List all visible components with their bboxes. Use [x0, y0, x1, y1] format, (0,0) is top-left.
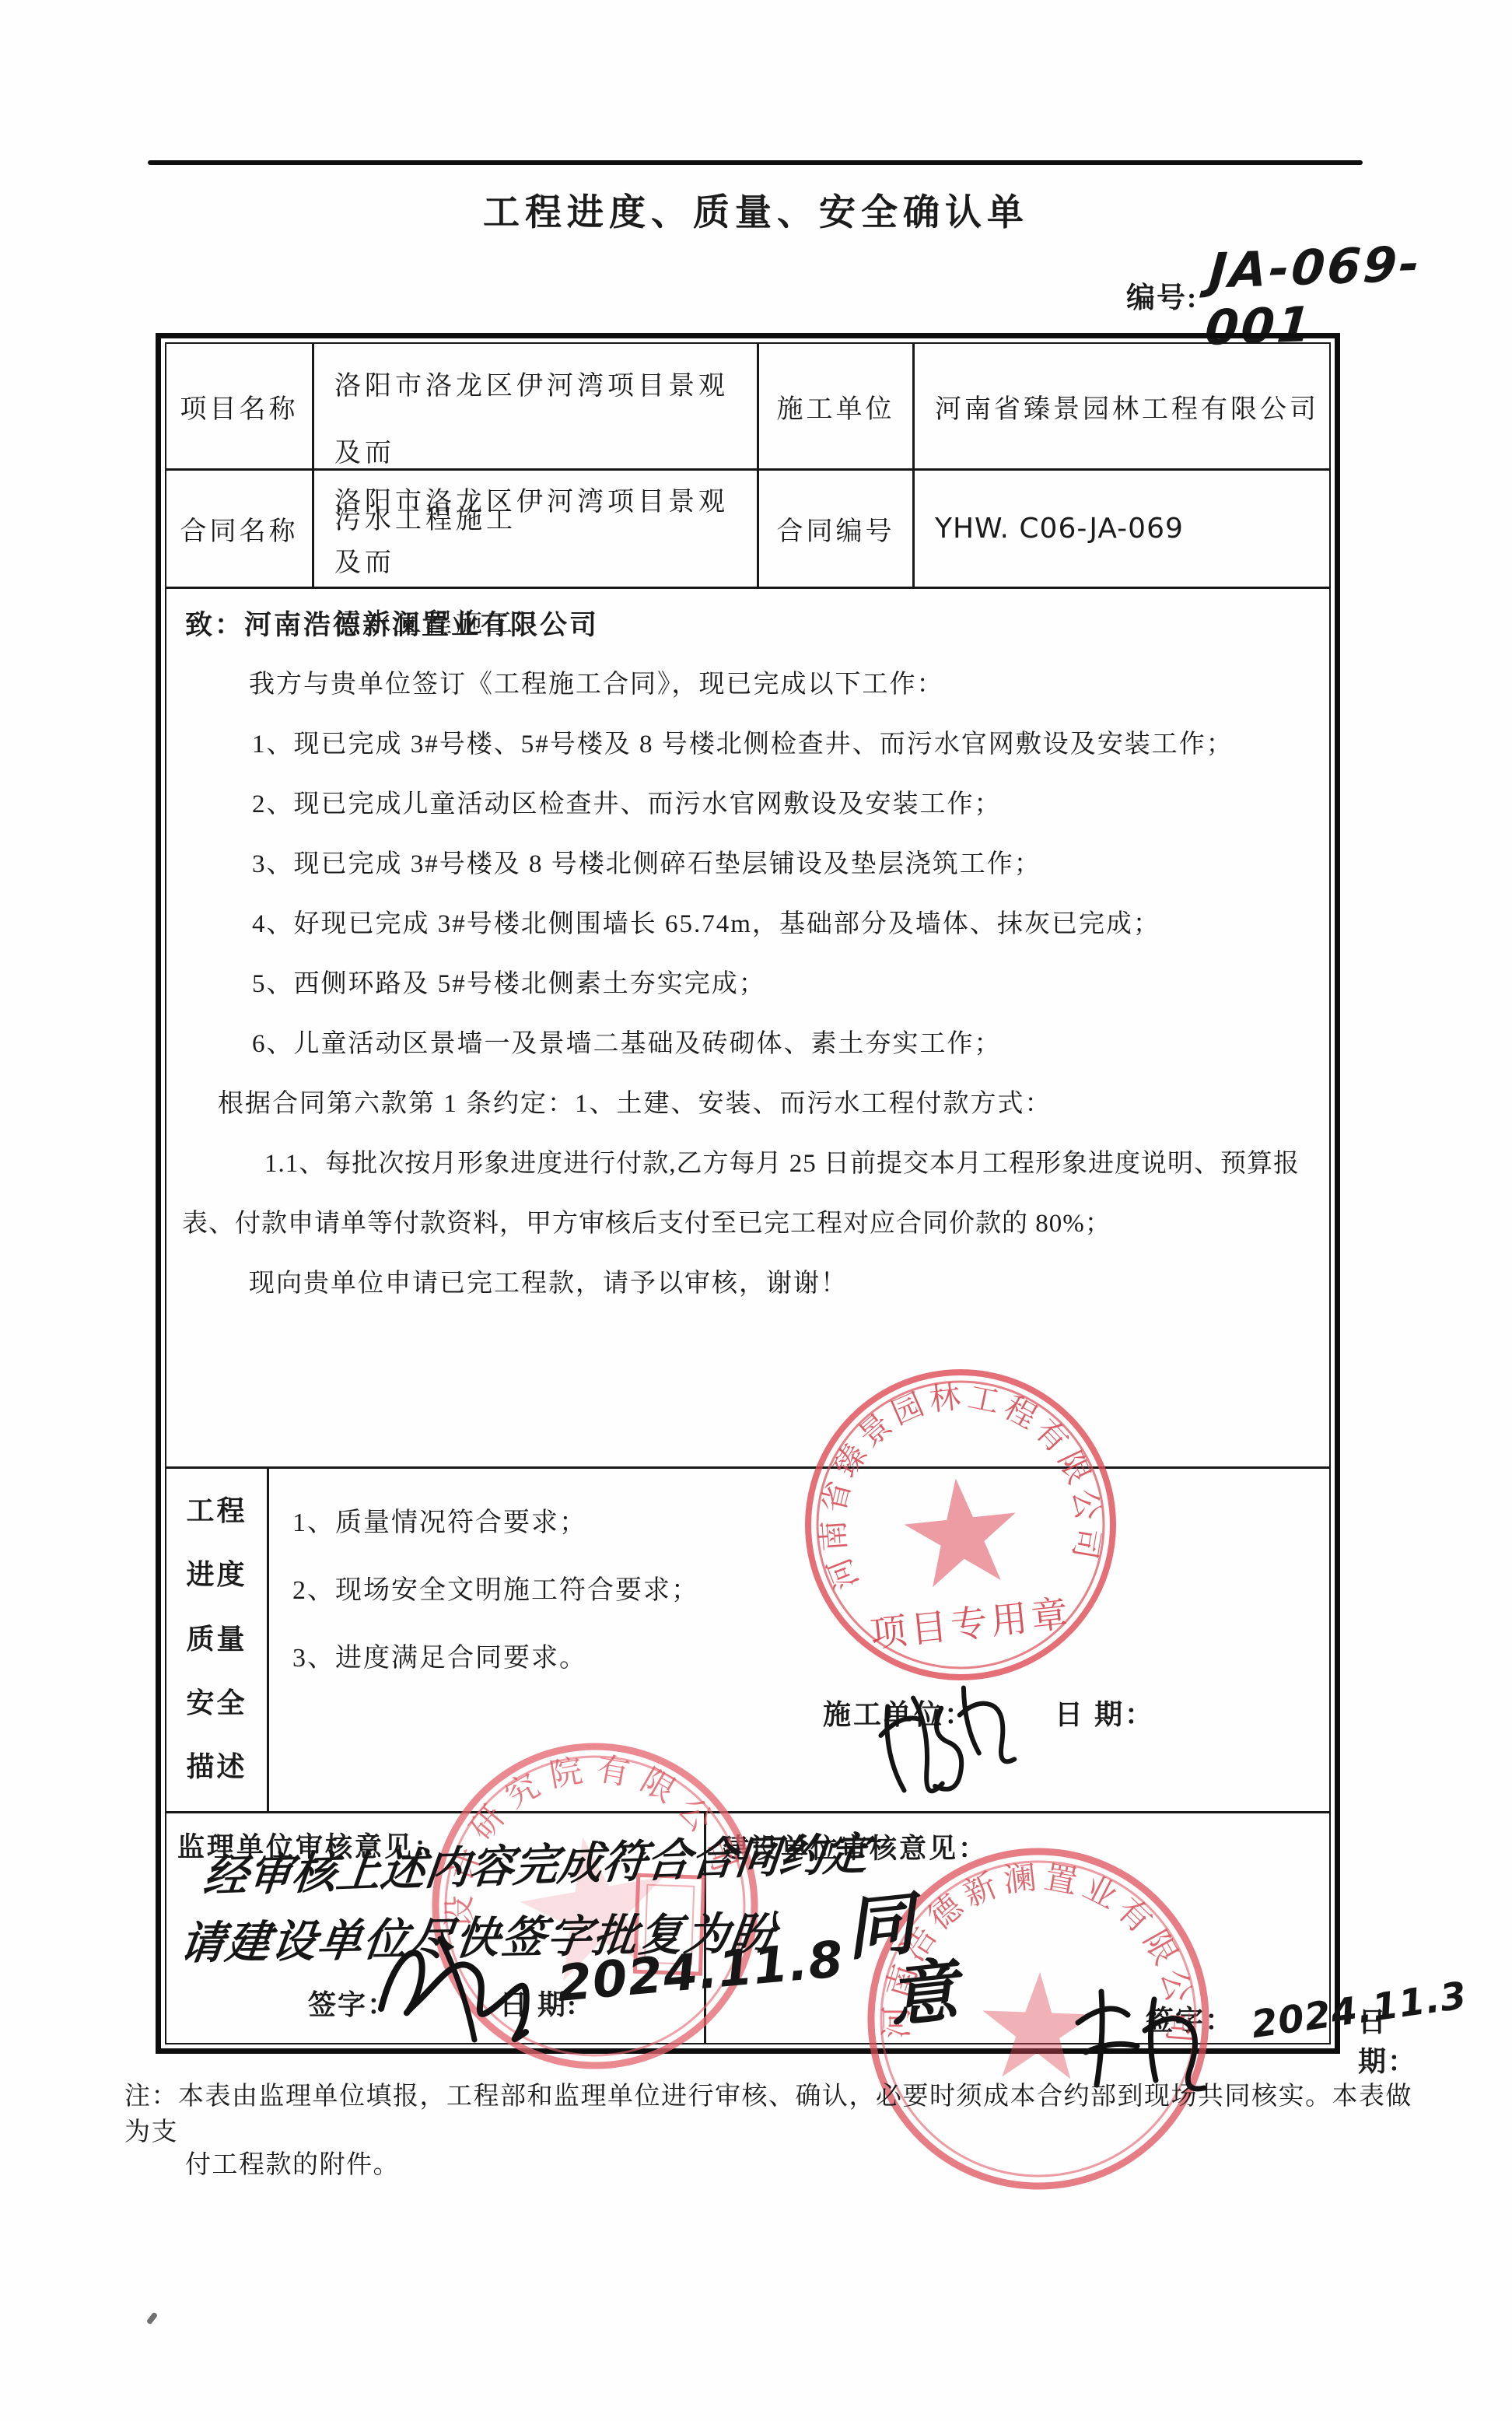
desc-label-3: 质量 — [186, 1617, 247, 1657]
contract-no-label: 合同编号 — [759, 471, 915, 587]
desc-label-1: 工程 — [186, 1489, 247, 1529]
builder-date-label: 日 期： — [1055, 1693, 1155, 1733]
form-table-inner-border: 项目名称 洛阳市洛龙区伊河湾项目景观及而 污水工程施工 施工单位 河南省臻景园林… — [165, 342, 1331, 2044]
scan-speck — [146, 2312, 158, 2325]
desc-item-3: 3、进度满足合同要求。 — [292, 1624, 1329, 1692]
letter-intro: 我方与贵单位签订《工程施工合同》，现已完成以下工作： — [249, 655, 1314, 715]
builder-label: 施工单位 — [759, 344, 915, 468]
footnote-line1: 注：本表由监理单位填报，工程部和监理单位进行审核、确认，必要时须成本合约部到现场… — [124, 2079, 1431, 2150]
page-title: 工程进度、质量、安全确认单 — [0, 184, 1512, 236]
form-table: 项目名称 洛阳市洛龙区伊河湾项目景观及而 污水工程施工 施工单位 河南省臻景园林… — [156, 333, 1340, 2054]
description-label-column: 工程 进度 质量 安全 描述 — [166, 1469, 269, 1811]
letter-item-6: 6、儿童活动区景墙一及景墙二基础及砖砌体、素土夯实工作； — [252, 1014, 1314, 1074]
contract-no-value: YHW. C06-JA-069 — [915, 471, 1329, 587]
owner-sign-label: 签字： — [1146, 1999, 1234, 2038]
contract-name-value: 洛阳市洛龙区伊河湾项目景观及而 污水工程施工 — [314, 471, 759, 587]
project-name-line1: 洛阳市洛龙区伊河湾项目景观及而 — [334, 353, 757, 487]
letter-item-1: 1、现已完成 3#号楼、5#号楼及 8 号楼北侧检查井、而污水官网敷设及安装工作… — [252, 715, 1314, 775]
desc-label-2: 进度 — [186, 1553, 247, 1592]
row-review: 监理单位审核意见： 签字： 日 期: 建设单位审核意见： 签字： 日期： — [166, 1813, 1329, 2043]
row-description: 工程 进度 质量 安全 描述 1、质量情况符合要求； 2、现场安全文明施工符合要… — [166, 1469, 1329, 1813]
owner-review-label: 建设单位审核意见： — [722, 1827, 988, 1866]
supervisor-review-cell: 监理单位审核意见： 签字： 日 期: — [166, 1813, 706, 2043]
contract-name-label: 合同名称 — [166, 471, 314, 587]
letter-clause-detail: 1.1、每批次按月形象进度进行付款,乙方每月 25 日前提交本月工程形象进度说明… — [182, 1134, 1314, 1254]
letter-clause-intro: 根据合同第六款第 1 条约定：1、土建、安装、而污水工程付款方式： — [218, 1074, 1314, 1134]
letter-item-2: 2、现已完成儿童活动区检查井、而污水官网敷设及安装工作； — [252, 775, 1314, 835]
desc-item-1: 1、质量情况符合要求； — [292, 1489, 1329, 1557]
letter-item-4: 4、好现已完成 3#号楼北侧围墙长 65.74m，基础部分及墙体、抹灰已完成； — [252, 895, 1314, 955]
desc-label-5: 描述 — [186, 1745, 247, 1785]
desc-item-2: 2、现场安全文明施工符合要求； — [292, 1557, 1329, 1624]
letter-item-3: 3、现已完成 3#号楼及 8 号楼北侧碎石垫层铺设及垫层浇筑工作； — [252, 835, 1314, 895]
row-project: 项目名称 洛阳市洛龙区伊河湾项目景观及而 污水工程施工 施工单位 河南省臻景园林… — [166, 344, 1329, 471]
row-contract: 合同名称 洛阳市洛龙区伊河湾项目景观及而 污水工程施工 合同编号 YHW. C0… — [166, 471, 1329, 589]
serial-label: 编号: — [1126, 274, 1198, 316]
supervisor-date-label: 日 期: — [499, 1983, 578, 2023]
project-name-label: 项目名称 — [166, 344, 314, 468]
supervisor-review-label: 监理单位审核意见： — [177, 1826, 443, 1865]
scanned-form-page: 工程进度、质量、安全确认单 编号: JA-069-001 项目名称 洛阳市洛龙区… — [0, 0, 1512, 2421]
description-content: 1、质量情况符合要求； 2、现场安全文明施工符合要求； 3、进度满足合同要求。 … — [269, 1469, 1329, 1811]
header-rule — [148, 160, 1363, 165]
builder-sign-label: 施工单位： — [823, 1693, 975, 1733]
builder-value: 河南省臻景园林工程有限公司 — [915, 344, 1329, 468]
supervisor-sign-label: 签字： — [308, 1983, 397, 2023]
row-letter: 致：河南浩德新澜置业有限公司 我方与贵单位签订《工程施工合同》，现已完成以下工作… — [166, 589, 1329, 1469]
letter-closing: 现向贵单位申请已完工程款，请予以审核，谢谢！ — [249, 1254, 1314, 1314]
owner-date-label: 日期： — [1358, 2000, 1417, 2079]
desc-label-4: 安全 — [186, 1681, 247, 1721]
project-name-value: 洛阳市洛龙区伊河湾项目景观及而 污水工程施工 — [314, 344, 759, 468]
letter-body: 致：河南浩德新澜置业有限公司 我方与贵单位签订《工程施工合同》，现已完成以下工作… — [166, 589, 1329, 1314]
contract-name-line1: 洛阳市洛龙区伊河湾项目景观及而 — [334, 472, 757, 594]
letter-item-5: 5、西侧环路及 5#号楼北侧素土夯实完成； — [252, 955, 1314, 1014]
footnote-line2: 付工程款的附件。 — [185, 2147, 400, 2183]
owner-review-cell: 建设单位审核意见： 签字： 日期： — [706, 1813, 1329, 2043]
letter-to: 致：河南浩德新澜置业有限公司 — [185, 595, 1314, 655]
